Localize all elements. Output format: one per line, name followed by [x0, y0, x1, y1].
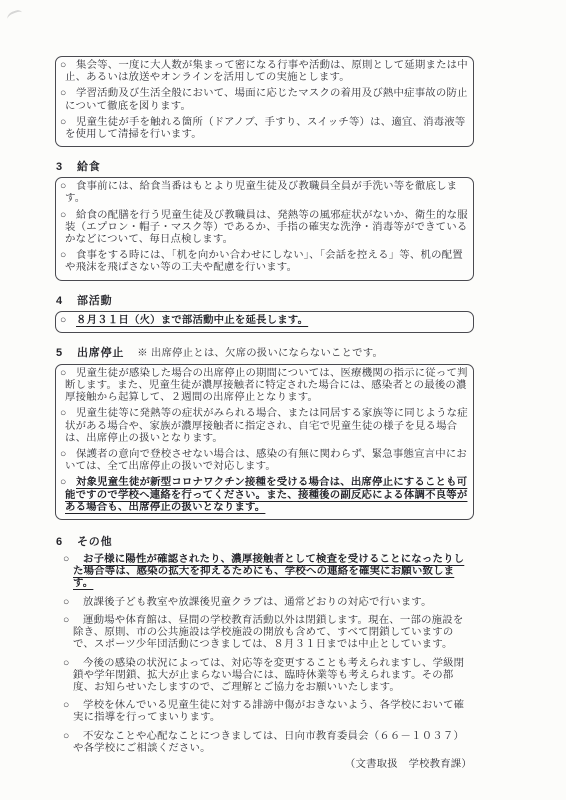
section-title: その他 [77, 536, 112, 548]
list-item-text: 対象児童生徒が新型コロナワクチン接種を受ける場合は、出席停止にすることも可能です… [65, 477, 470, 514]
circle-bullet-icon: ○ [60, 449, 66, 461]
circle-bullet-icon: ○ [60, 181, 66, 193]
other-items-list: ○ お子様に陽性が確認されたり、濃厚接触者として検査を受けることになったりした場… [63, 554, 474, 755]
list-item: ○ 学校を休んでいる児童生徒に対する誹謗中傷がおきないよう、各学校において確実に… [63, 700, 474, 724]
list-item-text: ８月３１日（火）まで部活動中止を延長します。 [65, 315, 470, 327]
list-item-text: 児童生徒等に発熱等の症状がみられる場合、または同居する家族等に同じような症状があ… [65, 408, 470, 445]
list-item: ○ 食事前には、給食当番はもとより児童生徒及び教職員全員が手洗い等を徹底します。 [60, 181, 470, 205]
section-note: ※ 出席停止とは、欠席の扱いにならないことです。 [137, 348, 383, 360]
circle-bullet-icon: ○ [60, 250, 66, 262]
club-activities-box: ○ ８月３１日（火）まで部活動中止を延長します。 [55, 311, 474, 333]
scanned-school-notice-page: ○ 集会等、一度に大人数が集まって密になる行事や活動は、原則として延期または中止… [0, 0, 566, 800]
section-number: 5 [56, 347, 77, 359]
attendance-suspension-box: ○ 児童生徒が感染した場合の出席停止の期間については、医療機関の指示に従って判断… [55, 364, 474, 520]
circle-bullet-icon: ○ [60, 117, 66, 129]
list-item-text: 児童生徒が感染した場合の出席停止の期間については、医療機関の指示に従って判断しま… [65, 368, 470, 405]
section-title: 出席停止 [77, 347, 124, 359]
section-heading-other: 6 その他 [56, 536, 474, 548]
list-item: ○ 今後の感染の状況によっては、対応等を変更することも考えられますし、学級閉鎖や… [63, 658, 474, 695]
list-item-text: 放課後子ども教室や放課後児童クラブは、通常どおりの対応で行います。 [73, 597, 474, 609]
list-item-text: 保護者の意向で登校させない場合は、感染の有無に関わらず、緊急事態宣言中においては… [65, 449, 470, 473]
document-handler-note: （文書取扱 学校教育課） [55, 759, 474, 771]
circle-bullet-icon: ○ [63, 700, 69, 712]
circle-bullet-icon: ○ [60, 315, 66, 327]
section-heading-club-activities: 4 部活動 [56, 295, 474, 307]
circle-bullet-icon: ○ [63, 554, 69, 566]
circle-bullet-icon: ○ [60, 60, 66, 72]
circle-bullet-icon: ○ [60, 368, 66, 380]
list-item: ○ 対象児童生徒が新型コロナワクチン接種を受ける場合は、出席停止にすることも可能… [60, 477, 470, 514]
circle-bullet-icon: ○ [60, 210, 66, 222]
circle-bullet-icon: ○ [60, 408, 66, 420]
list-item: ○ 学習活動及び生活全般において、場面に応じたマスクの着用及び熱中症事故の防止に… [60, 88, 470, 112]
list-item-text: 不安なことや心配なことにつきましては、日向市教育委員会（６６－１０３７）や各学校… [73, 731, 474, 755]
list-item: ○ 児童生徒等に発熱等の症状がみられる場合、または同居する家族等に同じような症状… [60, 408, 470, 445]
circle-bullet-icon: ○ [60, 88, 66, 100]
list-item-text: お子様に陽性が確認されたり、濃厚接触者として検査を受けることになったりした場合等… [73, 554, 474, 591]
circle-bullet-icon: ○ [63, 597, 69, 609]
list-item-text: 学習活動及び生活全般において、場面に応じたマスクの着用及び熱中症事故の防止につい… [65, 88, 470, 112]
notice-content: ○ 集会等、一度に大人数が集まって密になる行事や活動は、原則として延期または中止… [55, 56, 474, 771]
list-item-text: 集会等、一度に大人数が集まって密になる行事や活動は、原則として延期または中止、あ… [65, 60, 470, 84]
list-item-text: 給食の配膳を行う児童生徒及び教職員は、発熱等の風邪症状がないか、衛生的な服装（エ… [65, 210, 470, 247]
general-measures-box: ○ 集会等、一度に大人数が集まって密になる行事や活動は、原則として延期または中止… [55, 56, 474, 147]
section-number: 3 [56, 161, 77, 173]
list-item: ○ 運動場や体育館は、昼間の学校教育活動以外は閉鎖します。現在、一部の施設を除き… [63, 615, 474, 652]
list-item-text: 児童生徒が手を触れる箇所（ドアノブ、手すり、スイッチ等）は、適宜、消毒液等を使用… [65, 117, 470, 141]
circle-bullet-icon: ○ [63, 731, 69, 743]
list-item: ○ 保護者の意向で登校させない場合は、感染の有無に関わらず、緊急事態宣言中におい… [60, 449, 470, 473]
list-item-text: 今後の感染の状況によっては、対応等を変更することも考えられますし、学級閉鎖や学年… [73, 658, 474, 695]
scan-artifact [6, 9, 25, 24]
list-item-text: 運動場や体育館は、昼間の学校教育活動以外は閉鎖します。現在、一部の施設を除き、原… [73, 615, 474, 652]
circle-bullet-icon: ○ [63, 658, 69, 670]
list-item-text: 食事前には、給食当番はもとより児童生徒及び教職員全員が手洗い等を徹底します。 [65, 181, 470, 205]
list-item: ○ 児童生徒が手を触れる箇所（ドアノブ、手すり、スイッチ等）は、適宜、消毒液等を… [60, 117, 470, 141]
section-heading-school-lunch: 3 給食 [56, 161, 474, 173]
list-item: ○ お子様に陽性が確認されたり、濃厚接触者として検査を受けることになったりした場… [63, 554, 474, 591]
list-item-text: 学校を休んでいる児童生徒に対する誹謗中傷がおきないよう、各学校において確実に指導… [73, 700, 474, 724]
list-item-text: 食事をする時には、「机を向かい合わせにしない」、「会話を控える」等、机の配置や飛… [65, 250, 470, 274]
list-item: ○ 不安なことや心配なことにつきましては、日向市教育委員会（６６－１０３７）や各… [63, 731, 474, 755]
list-item: ○ ８月３１日（火）まで部活動中止を延長します。 [60, 315, 470, 327]
circle-bullet-icon: ○ [60, 477, 66, 489]
section-title: 部活動 [77, 295, 112, 307]
school-lunch-box: ○ 食事前には、給食当番はもとより児童生徒及び教職員全員が手洗い等を徹底します。… [55, 177, 474, 280]
list-item: ○ 児童生徒が感染した場合の出席停止の期間については、医療機関の指示に従って判断… [60, 368, 470, 405]
section-heading-attendance-suspension: 5 出席停止 ※ 出席停止とは、欠席の扱いにならないことです。 [56, 347, 474, 360]
circle-bullet-icon: ○ [63, 615, 69, 627]
list-item: ○ 集会等、一度に大人数が集まって密になる行事や活動は、原則として延期または中止… [60, 60, 470, 84]
section-number: 4 [56, 295, 77, 307]
list-item: ○ 放課後子ども教室や放課後児童クラブは、通常どおりの対応で行います。 [63, 597, 474, 609]
section-number: 6 [56, 536, 77, 548]
list-item: ○ 給食の配膳を行う児童生徒及び教職員は、発熱等の風邪症状がないか、衛生的な服装… [60, 210, 470, 247]
list-item: ○ 食事をする時には、「机を向かい合わせにしない」、「会話を控える」等、机の配置… [60, 250, 470, 274]
section-title: 給食 [77, 161, 101, 173]
